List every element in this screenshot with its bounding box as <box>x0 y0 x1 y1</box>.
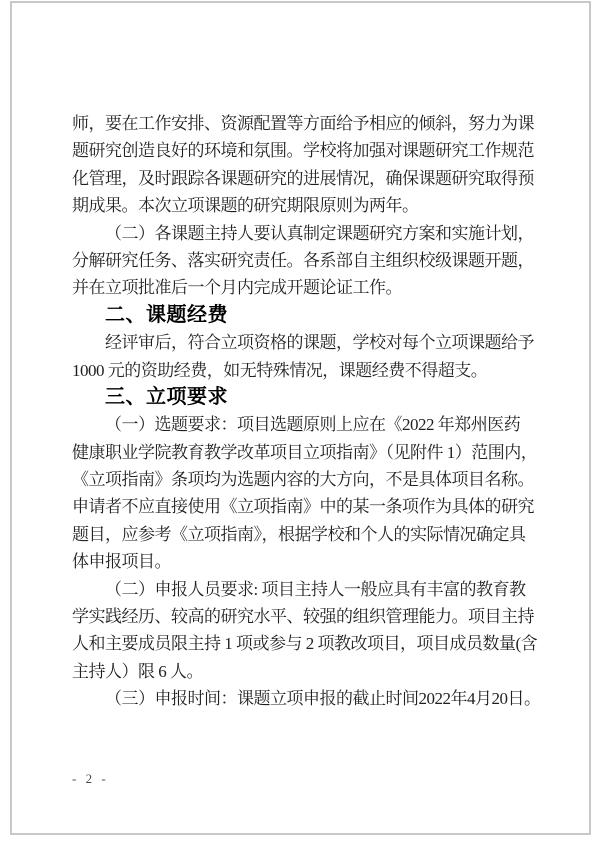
text-line: 学实践经历、较高的研究水平、较强的组织管理能力。项目主持 <box>72 603 534 630</box>
text-line: 主持人）限 6 人。 <box>72 658 534 685</box>
scan-background: 师，要在工作安排、资源配置等方面给予相应的倾斜，努力为课题研究创造良好的环境和氛… <box>0 0 596 844</box>
text-line: 健康职业学院教育教学改革项目立项指南》（见附件 1）范围内， <box>72 439 534 466</box>
page-number: - 2 - <box>72 771 109 787</box>
text-line: 师，要在工作安排、资源配置等方面给予相应的倾斜，努力为课 <box>72 110 534 137</box>
text-line: （三）申报时间：课题立项申报的截止时间2022年4月20日。 <box>72 685 534 712</box>
text-line: 期成果。本次立项课题的研究期限原则为两年。 <box>72 192 534 219</box>
text-line: 申请者不应直接使用《立项指南》中的某一条项作为具体的研究 <box>72 493 534 520</box>
text-line: （二）各课题主持人要认真制定课题研究方案和实施计划， <box>72 220 534 247</box>
page-sheet: 师，要在工作安排、资源配置等方面给予相应的倾斜，努力为课题研究创造良好的环境和氛… <box>10 1 591 835</box>
text-line: 体申报项目。 <box>72 548 534 575</box>
text-line: （二）申报人员要求: 项目主持人一般应具有丰富的教育教 <box>72 576 534 603</box>
text-line: 人和主要成员限主持 1 项或参与 2 项教改项目，项目成员数量(含 <box>72 630 534 657</box>
section-heading: 二、课题经费 <box>72 302 534 329</box>
text-line: 经评审后，符合立项资格的课题，学校对每个立项课题给予 <box>72 329 534 356</box>
text-line: 《立项指南》条项均为选题内容的大方向，不是具体项目名称。 <box>72 466 534 493</box>
text-line: 题研究创造良好的环境和氛围。学校将加强对课题研究工作规范 <box>72 137 534 164</box>
section-heading: 三、立项要求 <box>72 384 534 411</box>
text-line: 题目，应参考《立项指南》，根据学校和个人的实际情况确定具 <box>72 521 534 548</box>
text-line: 化管理，及时跟踪各课题研究的进展情况，确保课题研究取得预 <box>72 165 534 192</box>
text-line: （一）选题要求：项目选题原则上应在《2022 年郑州医药 <box>72 411 534 438</box>
text-line: 并在立项批准后一个月内完成开题论证工作。 <box>72 274 534 301</box>
text-line: 1000 元的资助经费，如无特殊情况，课题经费不得超支。 <box>72 357 534 384</box>
document-text: 师，要在工作安排、资源配置等方面给予相应的倾斜，努力为课题研究创造良好的环境和氛… <box>72 110 534 713</box>
text-line: 分解研究任务、落实研究责任。各系部自主组织校级课题开题， <box>72 247 534 274</box>
